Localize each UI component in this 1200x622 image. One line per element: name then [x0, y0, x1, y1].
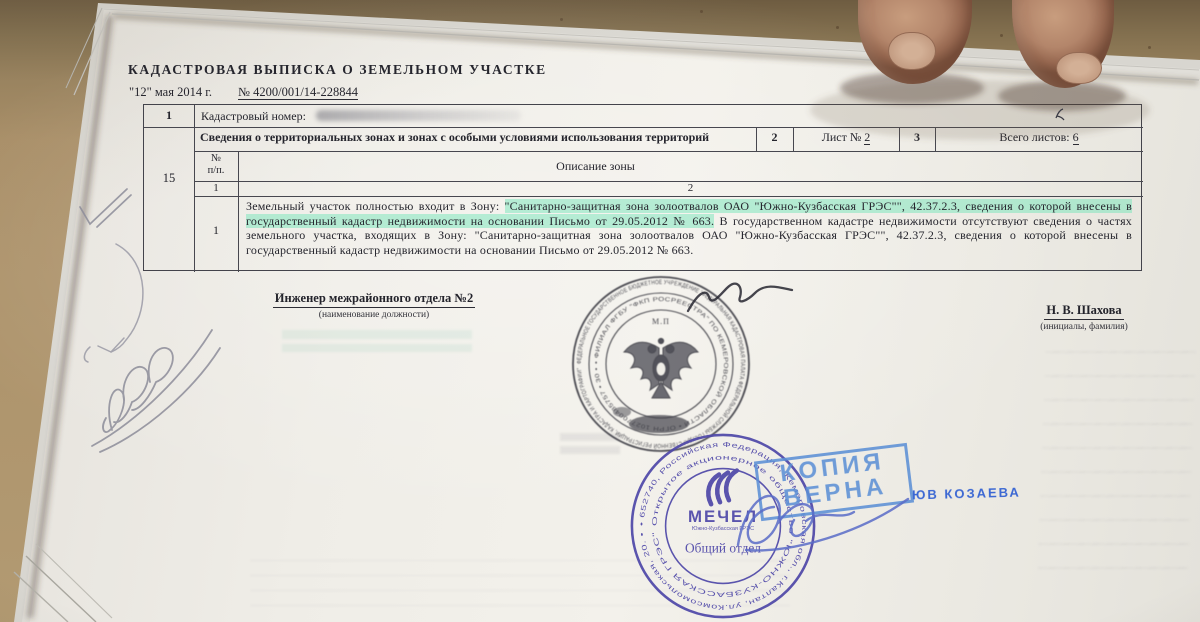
fingernail — [888, 32, 936, 70]
stack-edge — [66, 8, 102, 88]
handwritten-signature-black — [688, 284, 792, 311]
photo-of-document: КАДАСТРОВАЯ ВЫПИСКА О ЗЕМЕЛЬНОМ УЧАСТКЕ … — [0, 0, 1200, 622]
stack-edge — [36, 544, 112, 618]
fingernail — [1056, 52, 1102, 84]
paper-edge-shadow — [30, 16, 110, 618]
pencil-scribble-word — [92, 330, 220, 452]
handwritten-signature-blue — [738, 496, 908, 551]
pencil-arc — [84, 244, 143, 362]
annotation-layer — [0, 0, 1200, 622]
hand-cast-shadow — [810, 80, 1150, 140]
stack-edge — [14, 572, 68, 622]
